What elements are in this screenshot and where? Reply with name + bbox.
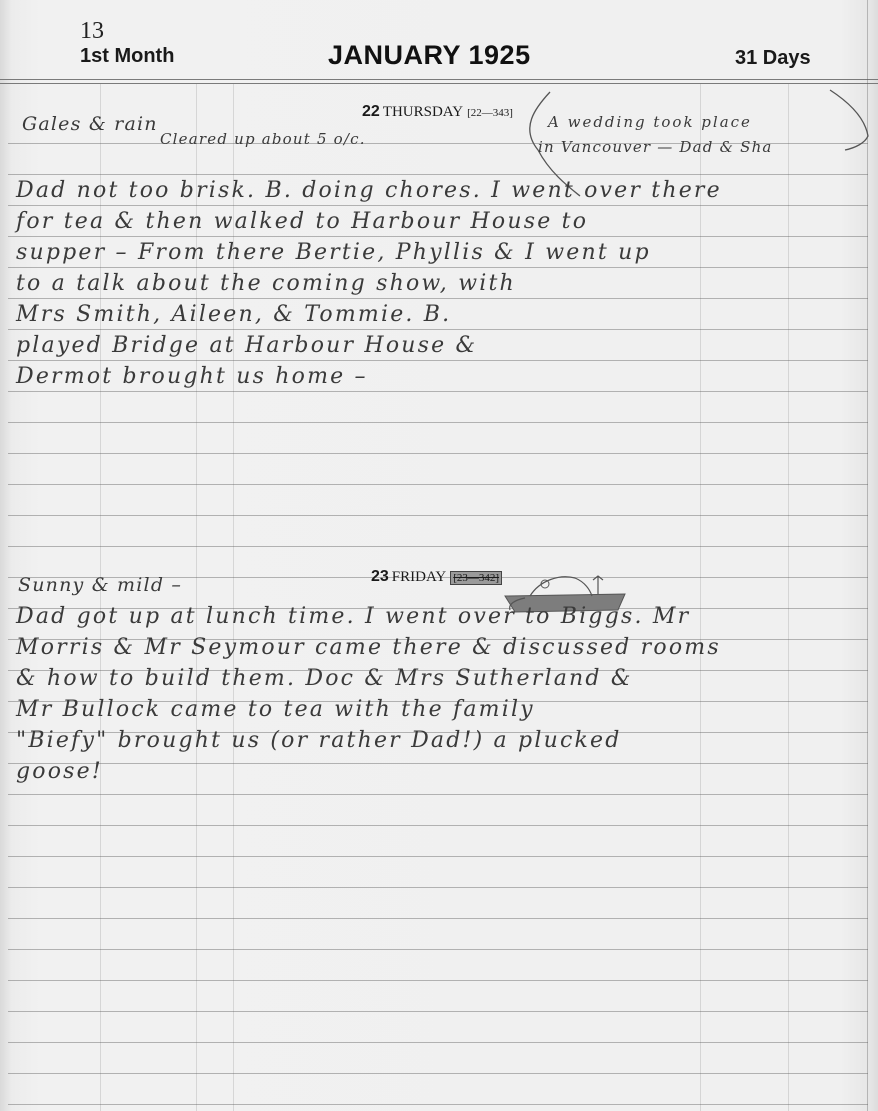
handwritten-line: for tea & then walked to Harbour House t… [16,209,588,234]
day-number: 23 [371,568,389,585]
handwritten-line: Dad got up at lunch time. I went over to… [16,604,690,629]
header-double-rule [0,83,878,84]
ruled-line [8,825,868,826]
ruled-line [8,794,868,795]
handwritten-line: to a talk about the coming show, with [16,271,516,296]
ruled-line [8,205,868,206]
handwritten-line: Dad not too brisk. B. doing chores. I we… [16,178,722,203]
ruled-line [8,360,868,361]
ledger-column-rule [196,84,197,1111]
day-number: 22 [362,103,380,120]
ruled-line [8,763,868,764]
handwritten-line: Morris & Mr Seymour came there & discuss… [16,635,721,660]
day-name: FRIDAY [392,569,446,585]
ruled-line [8,453,868,454]
handwritten-line: & how to build them. Doc & Mrs Sutherlan… [16,666,633,691]
ledger-column-rule [700,84,701,1111]
ruled-line [8,422,868,423]
ruled-line [8,856,868,857]
header-double-rule [0,79,878,80]
ruled-line [8,1011,868,1012]
weather-note: Cleared up about 5 o/c. [160,130,366,148]
margin-note: in Vancouver — Dad & Sha [538,138,773,156]
ruled-line [8,298,868,299]
ruled-line [8,980,868,981]
ledger-column-rule [100,84,101,1111]
day-heading-22: 22THURSDAY[22—343] [362,103,513,121]
handwritten-line: Dermot brought us home – [16,364,368,389]
days-count: 31 Days [735,47,811,70]
weather-note: Sunny & mild – [18,574,182,596]
ruled-line [8,484,868,485]
ruled-line [8,949,868,950]
ruled-line [8,918,868,919]
ruled-line [8,1042,868,1043]
ruled-line [8,267,868,268]
day-ordinal: [22—343] [467,107,513,119]
handwritten-line: supper – From there Bertie, Phyllis & I … [16,240,651,265]
month-title: JANUARY 1925 [328,40,531,71]
handwritten-line: Mr Bullock came to tea with the family [16,697,535,722]
day-name: THURSDAY [383,104,463,120]
day-heading-23: 23FRIDAY[23—342] [371,568,502,586]
ruled-line [8,1104,868,1105]
ruled-line [8,887,868,888]
ruled-line [8,546,868,547]
page-number: 13 [80,18,104,45]
handwritten-line: Mrs Smith, Aileen, & Tommie. B. [16,302,451,327]
month-ordinal: 1st Month [80,45,174,68]
weather-note: Gales & rain [22,113,158,135]
ledger-column-rule [788,84,789,1111]
handwritten-line: goose! [16,759,103,784]
handwritten-line: "Biefy" brought us (or rather Dad!) a pl… [16,728,622,753]
ruled-line [8,1073,868,1074]
handwritten-line: played Bridge at Harbour House & [16,333,477,358]
margin-note: A wedding took place [548,113,752,131]
ruled-line [8,391,868,392]
day-ordinal: [23—342] [450,571,502,585]
ruled-line [8,515,868,516]
ruled-line [8,236,868,237]
diary-page: 13 1st Month JANUARY 1925 31 Days 22THUR… [0,0,878,1111]
ledger-column-rule [233,84,234,1111]
ruled-line [8,329,868,330]
